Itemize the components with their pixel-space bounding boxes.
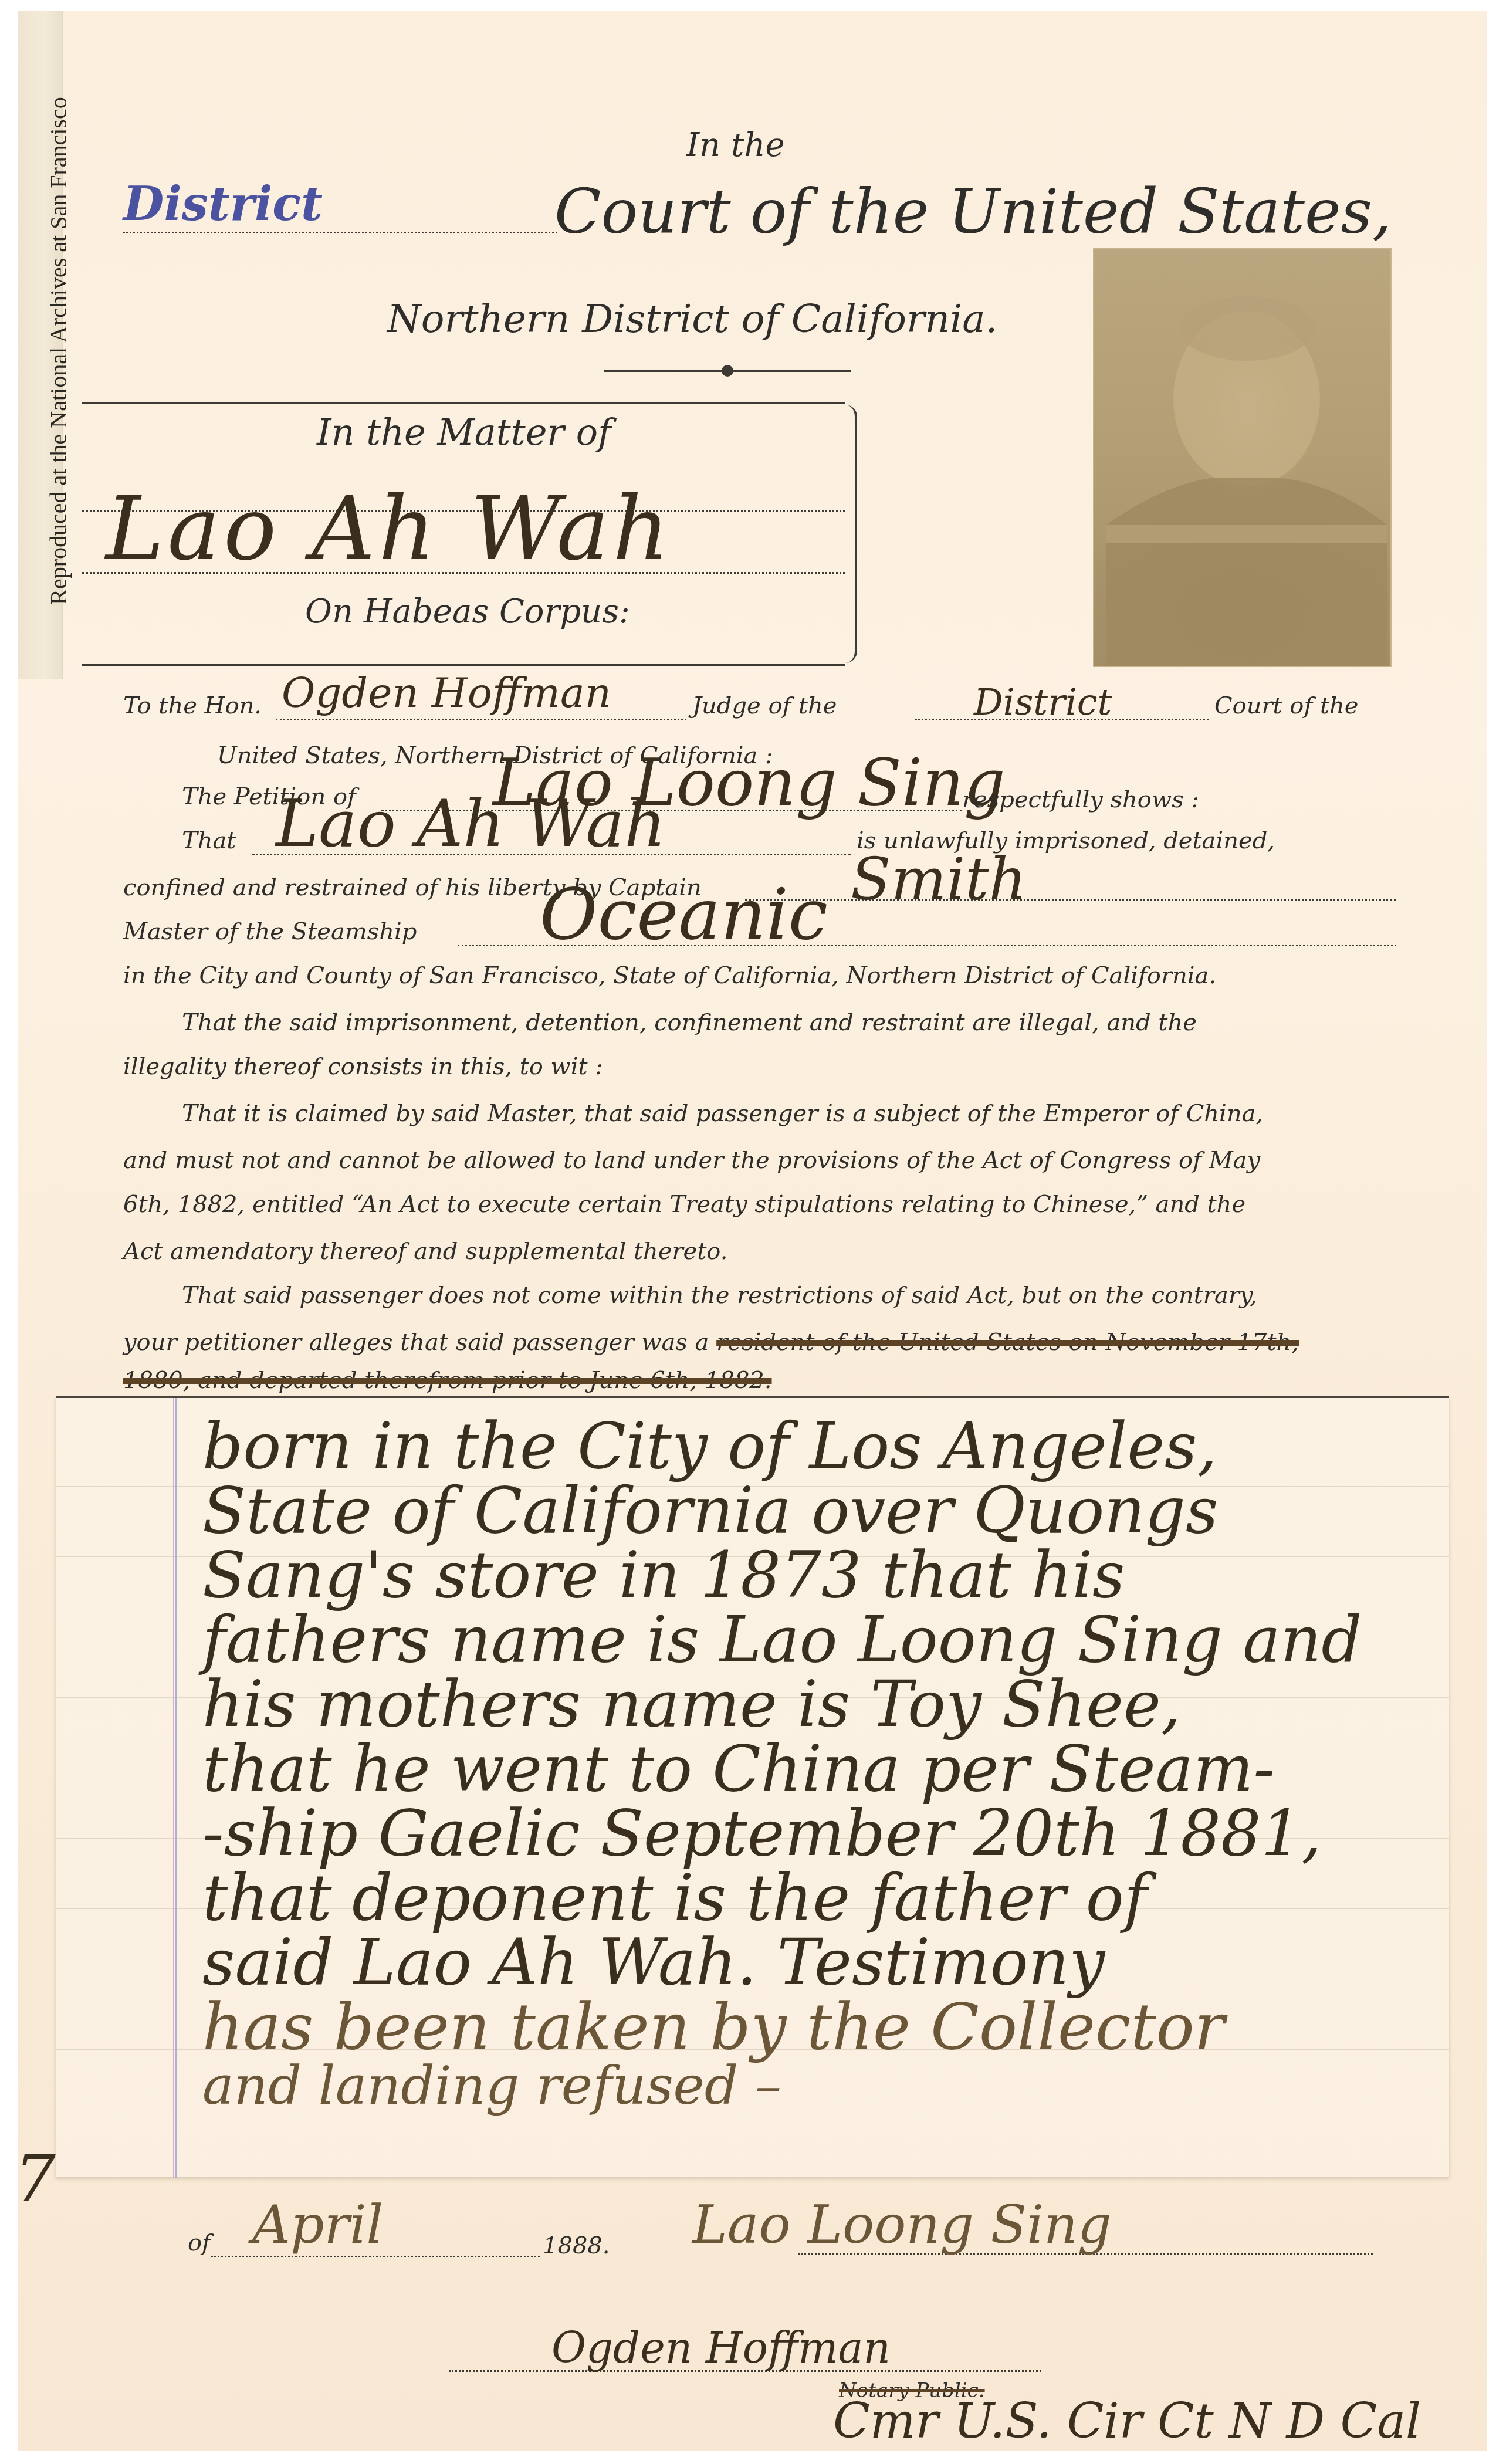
- master-steamship-label: Master of the Steamship: [123, 918, 417, 945]
- struck-departed-text: 1880, and departed therefrom prior to Ju…: [123, 1367, 772, 1394]
- matter-prefix: In the Matter of: [317, 411, 611, 453]
- affidavit-line: his mothers name is Toy Shee,: [202, 1668, 1181, 1741]
- affidavit-line: said Lao Ah Wah. Testimony: [202, 1926, 1105, 1999]
- paragraph-departed: 1880, and departed therefrom prior to Ju…: [123, 1367, 772, 1394]
- margin-mark: 7: [15, 2141, 56, 2216]
- month-blank: [211, 2256, 540, 2257]
- paragraph-not-within: That said passenger does not come within…: [182, 1282, 1257, 1309]
- portrait-figure-icon: [1094, 249, 1390, 666]
- margin-line: [173, 1398, 177, 2178]
- affidavit-line: that he went to China per Steam-: [202, 1732, 1275, 1806]
- ornament-rule: [604, 370, 851, 372]
- paragraph-claimed-cont: and must not and cannot be allowed to la…: [123, 1147, 1260, 1174]
- that-label: That: [182, 827, 236, 854]
- signer-signature: Lao Loong Sing: [692, 2194, 1112, 2256]
- judge-blank: [276, 719, 686, 720]
- matter-brace: [842, 405, 857, 663]
- jurat-of-label: of: [188, 2229, 211, 2256]
- paragraph-claimed: That it is claimed by said Master, that …: [182, 1100, 1263, 1127]
- archive-watermark: Reproduced at the National Archives at S…: [45, 97, 72, 604]
- district-stamp: District: [123, 176, 323, 231]
- district-blank-line: [123, 232, 557, 233]
- paragraph-act-amendatory: Act amendatory thereof and supplemental …: [123, 1238, 727, 1265]
- alleges-text: your petitioner alleges that said passen…: [123, 1329, 716, 1356]
- paragraph-illegal-cont: illegality thereof consists in this, to …: [123, 1053, 603, 1080]
- notary-signature: Ogden Hoffman: [551, 2323, 891, 2372]
- judge-of-the-label: Judge of the: [692, 692, 837, 719]
- city-county-line: in the City and County of San Francisco,…: [123, 962, 1216, 989]
- clerk-signature: Cmr U.S. Cir Ct N D Cal: [833, 2394, 1421, 2449]
- affidavit-line: that deponent is the father of: [202, 1861, 1148, 1935]
- header-in-the: In the: [686, 126, 785, 164]
- affidavit-line: State of California over Quongs: [202, 1474, 1218, 1548]
- court-of-the-label: Court of the: [1214, 692, 1358, 719]
- affidavit-line: born in the City of Los Angeles,: [202, 1410, 1217, 1483]
- paragraph-alleges: your petitioner alleges that said passen…: [123, 1329, 1299, 1356]
- portrait-photograph: Portrait photograph: [1094, 249, 1390, 666]
- affidavit-line: -ship Gaelic September 20th 1881,: [202, 1797, 1322, 1870]
- affidavit-line: has been taken by the Collector: [202, 1991, 1224, 2064]
- paragraph-act-title: 6th, 1882, entitled “An Act to execute c…: [123, 1191, 1245, 1218]
- steamship-name: Oceanic: [540, 874, 828, 956]
- court-title: Court of the United States,: [554, 176, 1392, 248]
- pasted-affidavit-sheet: born in the City of Los Angeles, State o…: [56, 1396, 1449, 2177]
- habeas-corpus-label: On Habeas Corpus:: [305, 593, 630, 631]
- affidavit-line: and landing refused –: [202, 2055, 781, 2117]
- district-line: Northern District of California.: [387, 296, 998, 341]
- affidavit-line: Sang's store in 1873 that his: [202, 1539, 1125, 1612]
- archive-watermark-strip: Reproduced at the National Archives at S…: [18, 11, 63, 679]
- affidavit-line: fathers name is Lao Loong Sing and: [202, 1603, 1362, 1677]
- captain-name: Smith: [851, 845, 1027, 913]
- court-type: District: [974, 681, 1112, 723]
- matter-name: Lao Ah Wah: [106, 478, 673, 580]
- detainee-name: Lao Ah Wah: [276, 786, 666, 861]
- respectfully-shows-label: respectfully shows :: [962, 786, 1199, 813]
- judge-name: Ogden Hoffman: [282, 669, 611, 717]
- captain-blank: [745, 899, 1396, 901]
- jurat-year: 1888.: [543, 2232, 610, 2259]
- struck-resident-text: resident of the United States on Novembe…: [716, 1329, 1299, 1356]
- paragraph-illegal: That the said imprisonment, detention, c…: [182, 1009, 1197, 1036]
- jurat-month: April: [252, 2194, 383, 2256]
- to-the-hon-label: To the Hon.: [123, 692, 262, 719]
